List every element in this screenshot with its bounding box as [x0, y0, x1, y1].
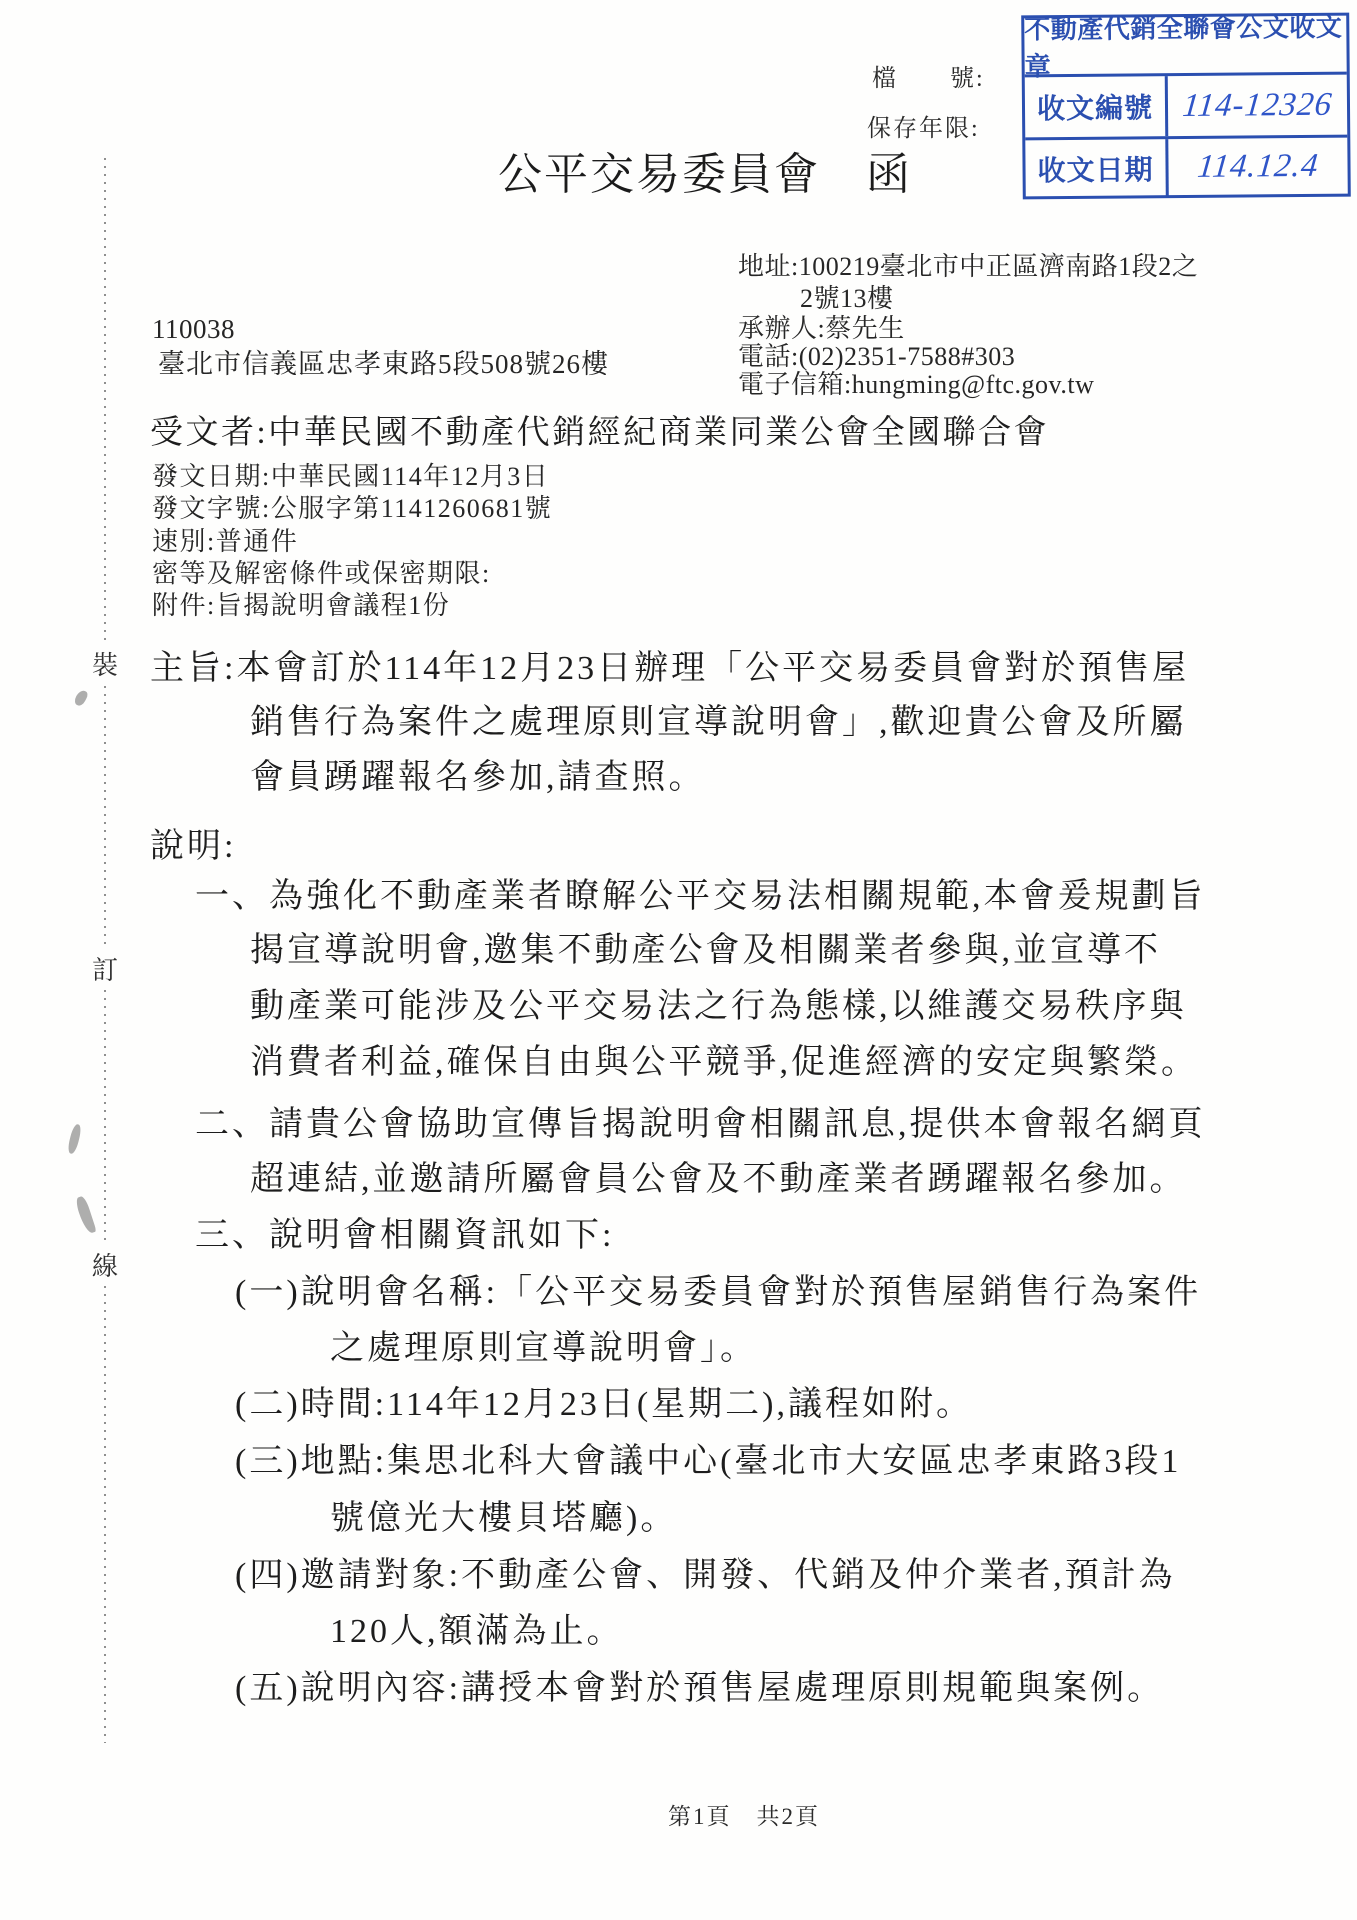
- ink-smudge: [73, 689, 89, 708]
- subitem-2-line: (二)時間:114年12月23日(星期二),議程如附。: [235, 1376, 973, 1425]
- receipt-date-row: 收文日期 114.12.4: [1025, 135, 1348, 198]
- recipient-address: 臺北市信義區忠孝東路5段508號26樓: [158, 342, 609, 381]
- receipt-date-label: 收文日期: [1025, 139, 1168, 197]
- document-title: 公平交易委員會 函: [498, 138, 912, 202]
- receipt-stamp: 不動產代銷全聯會公文收文章 收文編號 114-12326 收文日期 114.12…: [1021, 13, 1351, 200]
- page-number: 第1頁 共2頁: [668, 1798, 820, 1831]
- ink-smudge: [74, 1195, 96, 1235]
- item-1-line: 消費者利益,確保自由與公平競爭,促進經濟的安定與繁榮。: [250, 1034, 1198, 1083]
- receipt-stamp-title: 不動產代銷全聯會公文收文章: [1024, 16, 1347, 78]
- binding-mark-zhuang: 裝: [90, 645, 120, 682]
- subitem-3-line: 號億光大樓貝塔廳)。: [330, 1490, 677, 1539]
- recipient-zip: 110038: [152, 314, 235, 345]
- item-2-line: 超連結,並邀請所屬會員公會及不動產業者踴躍報名參加。: [250, 1151, 1187, 1200]
- subitem-1-line: 之處理原則宣導說明會」。: [330, 1320, 757, 1369]
- ink-smudge: [67, 1123, 83, 1154]
- scanned-official-letter: 裝 訂 線 檔 號: 保存年限: 公平交易委員會 函 不動產代銷全聯會公文收文章…: [0, 0, 1357, 1920]
- item-3-line: 三、說明會相關資訊如下:: [195, 1207, 614, 1256]
- subitem-5-line: (五)說明內容:講授本會對於預售屋處理原則規範與案例。: [235, 1660, 1164, 1709]
- item-1-line: 一、為強化不動產業者瞭解公平交易法相關規範,本會爰規劃旨: [195, 868, 1206, 917]
- receipt-number-value: 114-12326: [1165, 75, 1350, 137]
- item-1-line: 動產業可能涉及公平交易法之行為態樣,以維護交易秩序與: [250, 978, 1187, 1027]
- subitem-1-line: (一)說明會名稱:「公平交易委員會對於預售屋銷售行為案件: [235, 1264, 1201, 1313]
- doc-number-line: 發文字號:公服字第1141260681號: [152, 488, 552, 525]
- binding-mark-xian: 線: [90, 1246, 120, 1283]
- receipt-number-label: 收文編號: [1025, 76, 1169, 137]
- subject-line: 會員踴躍報名參加,請查照。: [250, 749, 706, 798]
- item-2-line: 二、請貴公會協助宣傳旨揭說明會相關訊息,提供本會報名網頁: [195, 1096, 1206, 1145]
- sender-email: 電子信箱:hungming@ftc.gov.tw: [738, 364, 1094, 401]
- explanation-label: 說明:: [150, 818, 236, 867]
- subitem-3-line: (三)地點:集思北科大會議中心(臺北市大安區忠孝東路3段1: [235, 1433, 1181, 1482]
- binding-mark-ding: 訂: [90, 950, 120, 987]
- receipt-date-value: 114.12.4: [1166, 138, 1350, 197]
- receipt-number-row: 收文編號 114-12326: [1025, 75, 1348, 138]
- recipient-line: 受文者:中華民國不動產代銷經紀商業同業公會全國聯合會: [150, 406, 1049, 453]
- subject-line: 主旨:本會訂於114年12月23日辦理「公平交易委員會對於預售屋: [150, 640, 1189, 689]
- file-number-label: 檔 號:: [872, 58, 985, 93]
- subitem-4-line: (四)邀請對象:不動產公會、開發、代銷及仲介業者,預計為: [235, 1547, 1176, 1596]
- item-1-line: 揭宣導說明會,邀集不動產公會及相關業者參與,並宣導不: [250, 922, 1161, 971]
- attachment-line: 附件:旨揭說明會議程1份: [152, 585, 450, 622]
- subject-line: 銷售行為案件之處理原則宣導說明會」,歡迎貴公會及所屬: [250, 694, 1187, 743]
- subitem-4-line: 120人,額滿為止。: [330, 1603, 624, 1652]
